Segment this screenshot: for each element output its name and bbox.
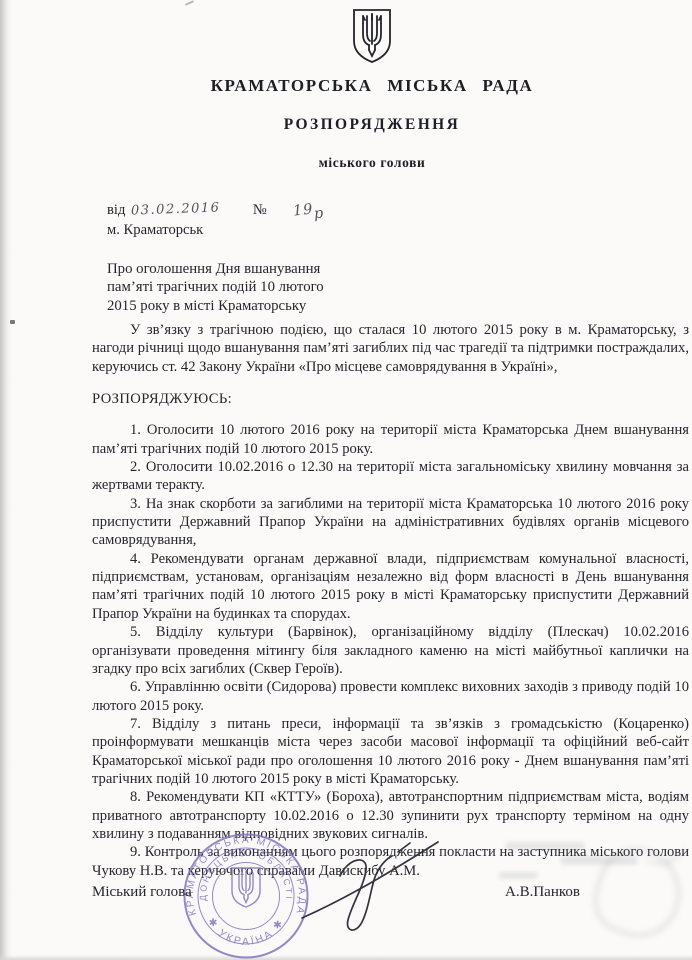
order-item-4: 4. Рекомендувати органам державної влади…	[92, 550, 689, 623]
document-header: КРАМАТОРСЬКА МІСЬКА РАДА РОЗПОРЯДЖЕННЯ м…	[60, 8, 684, 171]
order-item-2: 2. Оголосити 10.02.2016 о 12.30 на терит…	[92, 458, 689, 495]
handwritten-date: 03.02.2016	[131, 200, 221, 218]
city-line: м. Краматорськ	[107, 222, 324, 239]
subject-line: пам’яті трагічних подій 10 лютого	[107, 278, 324, 296]
date-label: від	[107, 202, 125, 219]
bleed-through-mark	[505, 842, 585, 850]
document-body: У зв’язку з трагічною подією, що сталася…	[92, 321, 689, 880]
ukraine-trident-emblem-icon	[350, 8, 394, 69]
order-item-1: 1. Оголосити 10 лютого 2016 року на тери…	[92, 421, 689, 458]
signer-name: А.В.Панков	[505, 884, 580, 901]
svg-text:✱ УКРАЇНА ✱: ✱ УКРАЇНА ✱	[205, 916, 287, 948]
stamp-trident-icon	[232, 868, 260, 907]
order-item-6: 6. Управлінню освіти (Сидорова) провести…	[92, 678, 689, 715]
order-item-3: 3. На знак скорботи за загиблими на тери…	[92, 495, 689, 550]
subject-line: Про оголошення Дня вшанування	[107, 260, 324, 278]
scan-edge-shadow	[0, 0, 12, 960]
stamp-bottom-text: ✱ УКРАЇНА ✱	[205, 916, 287, 948]
subject-line: 2015 року в місті Краматорську	[107, 297, 324, 315]
scan-speck	[10, 320, 15, 324]
document-subtype: міського голови	[60, 155, 684, 171]
handwritten-number: 19р	[292, 200, 324, 219]
scan-speck	[185, 0, 194, 6]
scan-edge-shadow-bottom	[0, 955, 692, 960]
signature-stroke	[278, 828, 453, 948]
organization-name: КРАМАТОРСЬКА МІСЬКА РАДА	[60, 76, 684, 96]
order-item-5: 5. Відділу культури (Барвінок), організа…	[92, 623, 689, 678]
order-item-7: 7. Відділу з питань преси, інформації та…	[92, 715, 689, 788]
subject-block: Про оголошення Дня вшанування пам’яті тр…	[107, 260, 324, 315]
bleed-through-mark	[498, 872, 538, 879]
intro-paragraph: У зв’язку з трагічною подією, що сталася…	[92, 321, 689, 376]
order-word: РОЗПОРЯДЖУЮСЬ:	[92, 390, 689, 408]
scanned-document-page: КРАМАТОРСЬКА МІСЬКА РАДА РОЗПОРЯДЖЕННЯ м…	[0, 0, 692, 960]
number-label: №	[253, 202, 267, 219]
document-meta: від 03.02.2016 № 19р м. Краматорськ	[107, 202, 324, 239]
document-type-title: РОЗПОРЯДЖЕННЯ	[60, 116, 684, 134]
signer-title: Міський голова	[92, 884, 192, 901]
